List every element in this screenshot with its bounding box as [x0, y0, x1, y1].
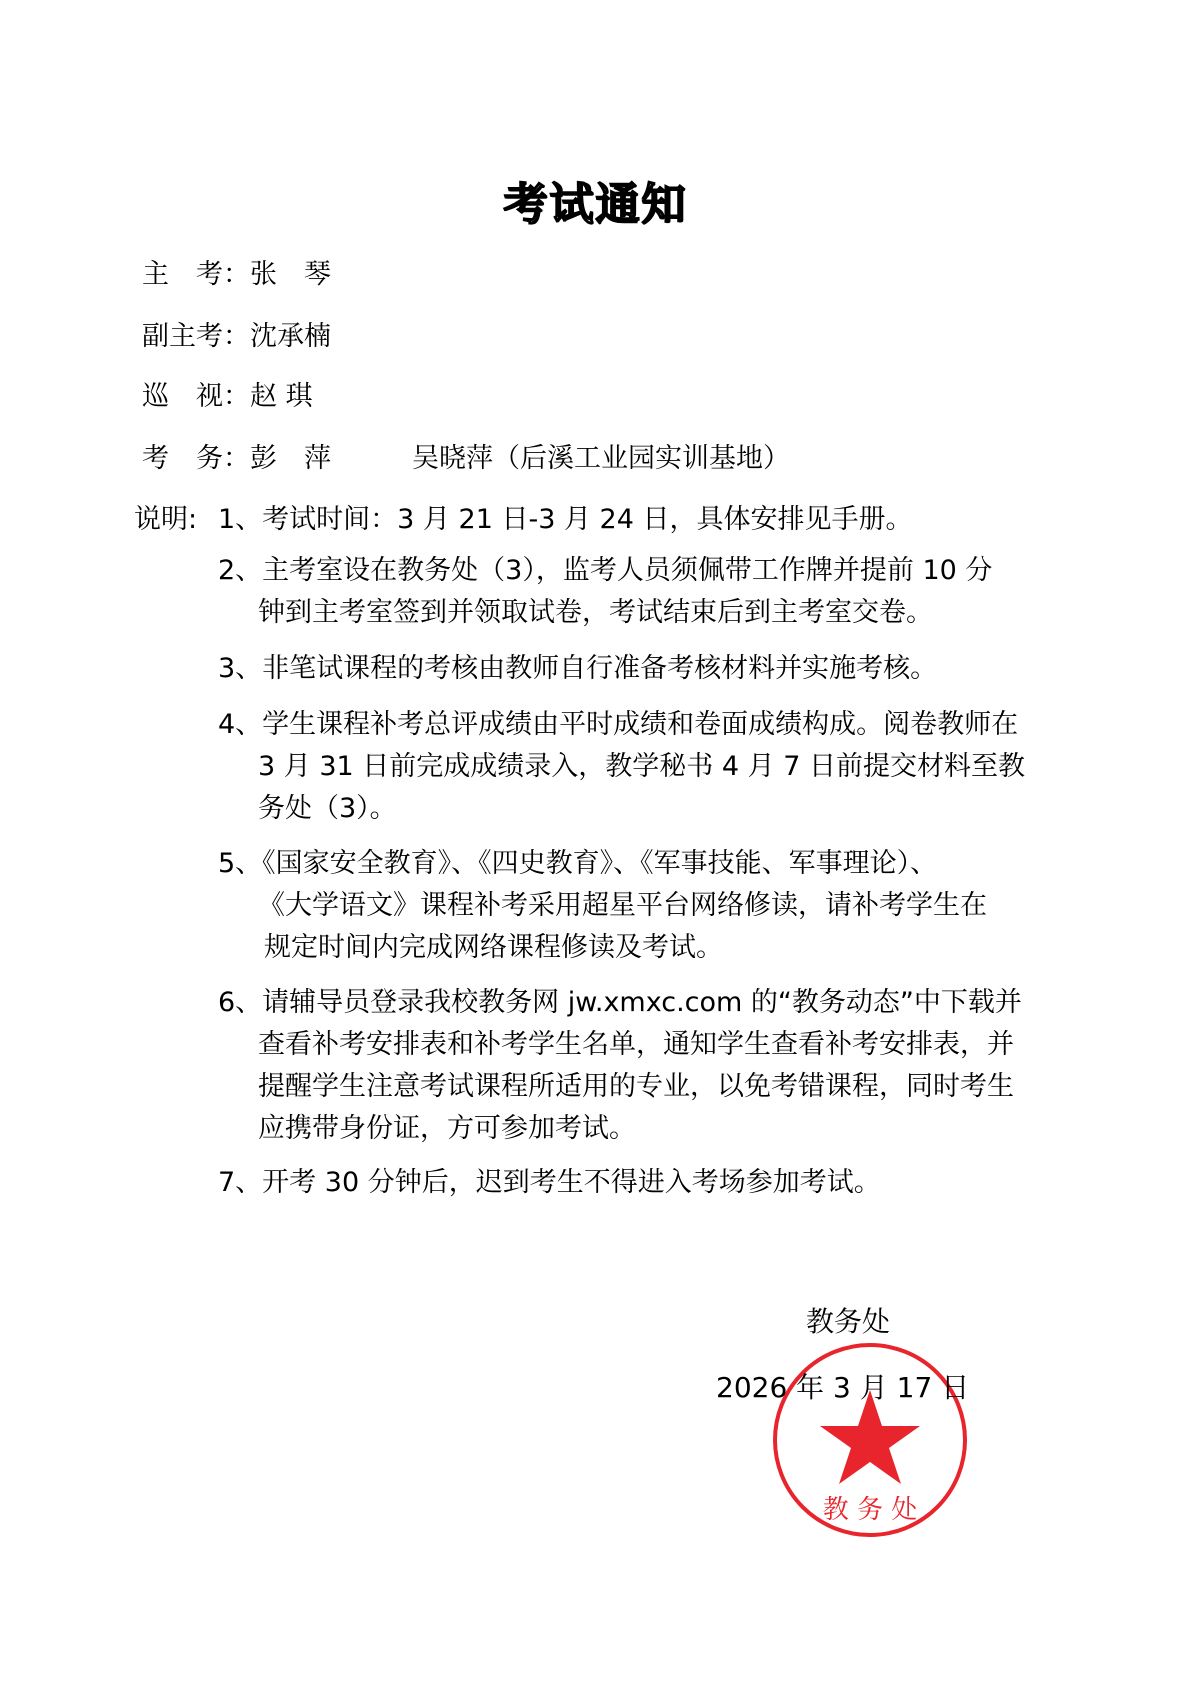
note-4-line-2: 3 月 31 日前完成成绩录入，教学秘书 4 月 7 日前提交材料至教: [258, 744, 1025, 783]
notes-heading: 说明:: [134, 497, 197, 536]
note-6-line-4: 应携带身份证，方可参加考试。: [258, 1106, 636, 1145]
note-7: 7、开考 30 分钟后，迟到考生不得进入考场参加考试。: [218, 1160, 881, 1199]
role-deputy-examiner: 副主考：沈承楠: [142, 314, 331, 353]
note-6-line-3: 提醒学生注意考试课程所适用的专业，以免考错课程，同时考生: [258, 1064, 1014, 1103]
seal-center-text: 教 务 处: [823, 1495, 918, 1525]
note-6-line-2: 查看补考安排表和补考学生名单，通知学生查看补考安排表，并: [258, 1022, 1014, 1061]
note-5-line-2: 《大学语文》课程补考采用超星平台网络修读，请补考学生在: [258, 883, 987, 922]
note-2-line-2: 钟到主考室签到并领取试卷，考试结束后到主考室交卷。: [258, 590, 933, 629]
note-4-line-3: 务处（3）。: [258, 786, 397, 825]
note-5-line-1: 5、《国家安全教育》、《四史教育》、《军事技能、军事理论）、: [218, 841, 937, 880]
document-title: 考试通知: [0, 168, 1191, 232]
note-5-line-3: 规定时间内完成网络课程修读及考试。: [264, 925, 723, 964]
note-1: 1、考试时间：3 月 21 日-3 月 24 日，具体安排见手册。: [218, 497, 913, 536]
role-chief-examiner: 主 考：张 琴: [142, 252, 331, 291]
note-3: 3、非笔试课程的考核由教师自行准备考核材料并实施考核。: [218, 646, 937, 685]
role-exam-affairs: 考 务：彭 萍 吴晓萍（后溪工业园实训基地）: [142, 436, 790, 475]
note-2-line-1: 2、主考室设在教务处（3），监考人员须佩带工作牌并提前 10 分: [218, 548, 992, 587]
signature-office: 教务处: [806, 1300, 890, 1340]
note-6-line-1: 6、请辅导员登录我校教务网 jw.xmxc.com 的“教务动态”中下载并: [218, 980, 1022, 1019]
role-inspector: 巡 视：赵 琪: [142, 374, 313, 413]
signature-date: 2026 年 3 月 17 日: [716, 1366, 969, 1406]
note-4-line-1: 4、学生课程补考总评成绩由平时成绩和卷面成绩构成。阅卷教师在: [218, 702, 1018, 741]
